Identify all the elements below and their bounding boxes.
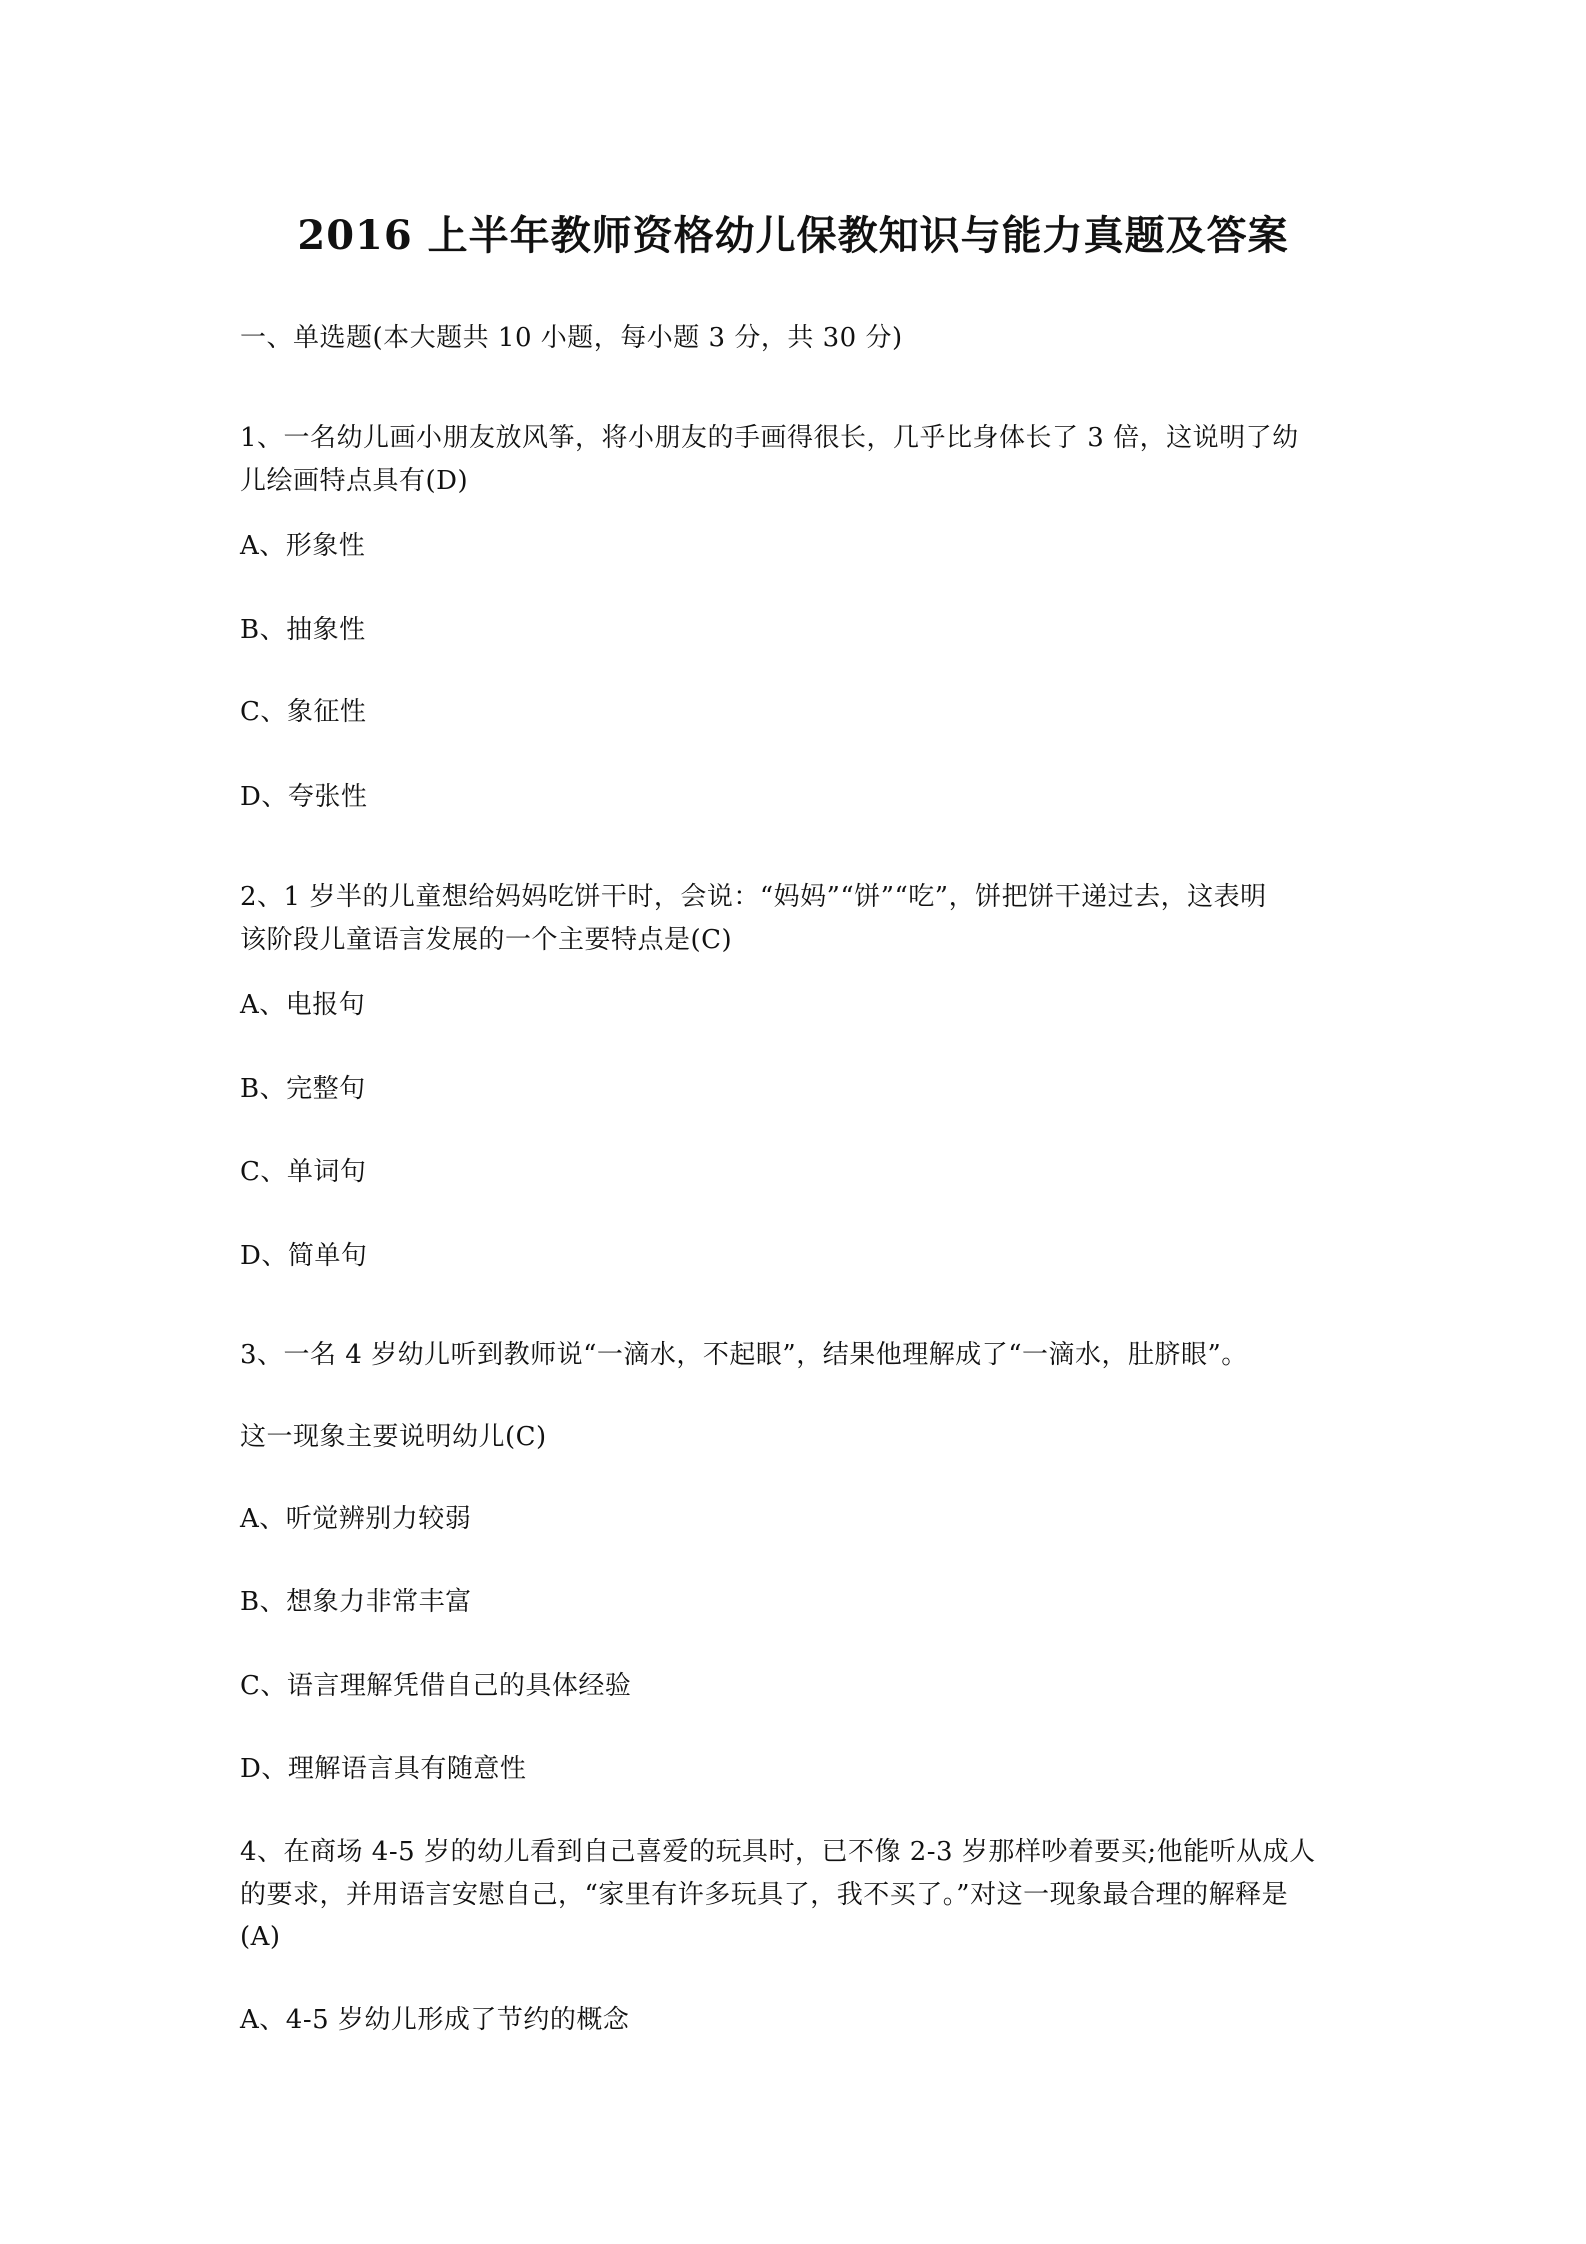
question-text: 3、一名 4 岁幼儿听到教师说“一滴水，不起眼”，结果他理解成了“一滴水，肚脐眼… [240,1338,1360,1372]
question-text: 1、一名幼儿画小朋友放风筝，将小朋友的手画得很长，几乎比身体长了 3 倍，这说明… [240,421,1360,455]
option-b: B、抽象性 [240,613,1360,647]
option-b: B、想象力非常丰富 [240,1585,1360,1619]
question-text: 该阶段儿童语言发展的一个主要特点是(C) [240,923,1360,957]
question-text: 的要求，并用语言安慰自己，“家里有许多玩具了，我不买了。”对这一现象最合理的解释… [240,1878,1360,1912]
question-text: 儿绘画特点具有(D) [240,464,1360,498]
option-b: B、完整句 [240,1072,1360,1106]
question-text: 2、1 岁半的儿童想给妈妈吃饼干时，会说：“妈妈”“饼”“吃”，饼把饼干递过去，… [240,880,1360,914]
option-c: C、象征性 [240,695,1360,729]
option-a: A、4-5 岁幼儿形成了节约的概念 [240,2003,1360,2037]
option-d: D、理解语言具有随意性 [240,1752,1360,1786]
question-text: 这一现象主要说明幼儿(C) [240,1420,1360,1454]
option-d: D、夸张性 [240,780,1360,814]
question-text: 4、在商场 4-5 岁的幼儿看到自己喜爱的玩具时，已不像 2-3 岁那样吵着要买… [240,1835,1360,1869]
option-c: C、单词句 [240,1155,1360,1189]
document-page: 2016 上半年教师资格幼儿保教知识与能力真题及答案 一、单选题(本大题共 10… [0,0,1586,2244]
option-a: A、电报句 [240,988,1360,1022]
document-title: 2016 上半年教师资格幼儿保教知识与能力真题及答案 [0,208,1586,264]
option-a: A、形象性 [240,529,1360,563]
question-text: (A) [240,1920,1360,1954]
option-c: C、语言理解凭借自己的具体经验 [240,1669,1360,1703]
option-a: A、听觉辨别力较弱 [240,1502,1360,1536]
section-header: 一、单选题(本大题共 10 小题，每小题 3 分，共 30 分) [240,321,1360,355]
option-d: D、简单句 [240,1239,1360,1273]
